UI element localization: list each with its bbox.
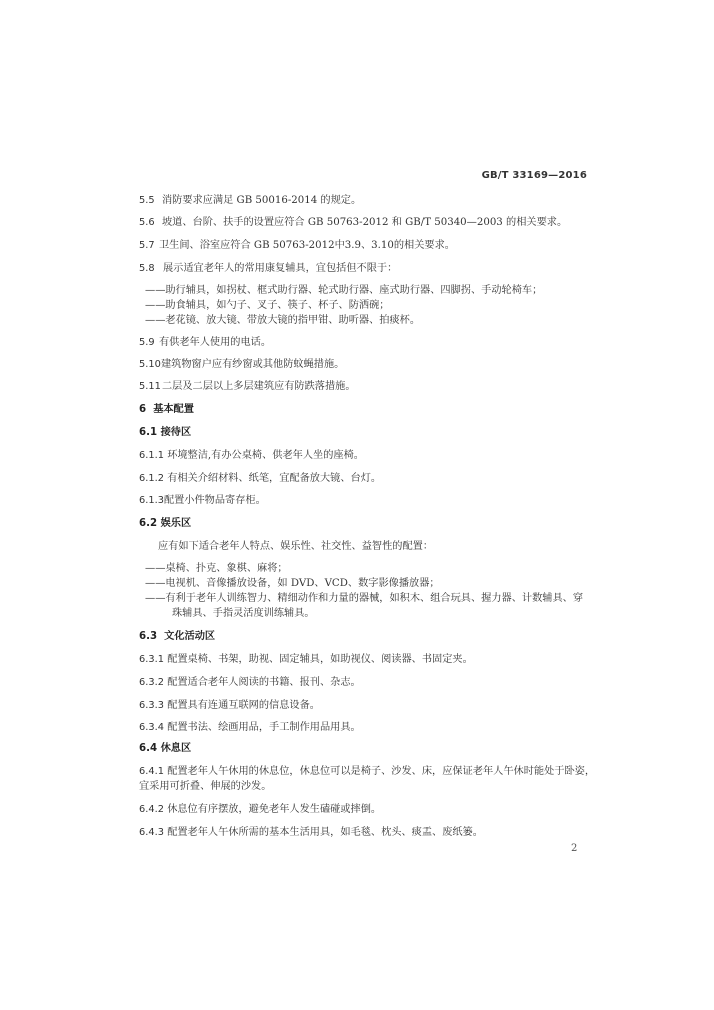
standard-code-header: GB/T 33169—2016 — [482, 170, 587, 181]
clause-6-1-1: 6.1.1 环境整洁,有办公桌椅、供老年人坐的座椅。 — [139, 449, 364, 463]
clause-6-4-1-continuation: 宜采用可折叠、伸展的沙发。 — [139, 780, 271, 794]
section-6-4-heading: 6.4 休息区 — [139, 742, 191, 756]
list-item: ——电视机、音像播放设备，如 DVD、VCD、数字影像播放器； — [145, 577, 440, 591]
section-6-2-intro: 应有如下适合老年人特点、娱乐性、社交性、益智性的配置： — [158, 540, 433, 554]
clause-6-4-3: 6.4.3 配置老年人午休所需的基本生活用具，如毛毯、枕头、痰盂、废纸篓。 — [139, 826, 483, 840]
page-number: 2 — [571, 843, 577, 854]
list-item: ——桌椅、扑克、象棋、麻将； — [145, 562, 288, 576]
list-item: ——助行辅具，如拐杖、框式助行器、轮式助行器、座式助行器、四脚拐、手动轮椅车； — [145, 284, 542, 298]
list-item-continuation: 珠辅具、手指灵活度训练辅具。 — [172, 607, 315, 621]
clause-6-4-2: 6.4.2 休息位有序摆放，避免老年人发生磕碰或摔倒。 — [139, 803, 381, 817]
clause-6-3-4: 6.3.4 配置书法、绘画用品，手工制作用品用具。 — [139, 721, 361, 735]
document-page: GB/T 33169—2016 5.5消防要求应满足 GB 50016-2014… — [0, 0, 714, 1010]
list-item: ——有利于老年人训练智力、精细动作和力量的器械，如积木、组合玩具、握力器、计数辅… — [145, 592, 583, 606]
section-6-3-heading: 6.3 文化活动区 — [139, 630, 215, 644]
clause-5-5: 5.5消防要求应满足 GB 50016-2014 的规定。 — [139, 194, 361, 208]
list-item: ——老花镜、放大镜、带放大镜的指甲钳、助听器、拍痰杯。 — [145, 314, 420, 328]
section-6-2-heading: 6.2 娱乐区 — [139, 517, 191, 531]
clause-5-10: 5.10建筑物窗户应有纱窗或其他防蚊蝇措施。 — [139, 358, 344, 372]
clause-5-6: 5.6坡道、台阶、扶手的设置应符合 GB 50763-2012 和 GB/T 5… — [139, 216, 567, 230]
list-item: ——助食辅具，如勺子、叉子、筷子、杯子、防洒碗； — [145, 299, 390, 313]
clause-5-11: 5.11二层及二层以上多层建筑应有防跌落措施。 — [139, 380, 356, 394]
clause-5-7: 5.7卫生间、浴室应符合 GB 50763-2012中3.9、3.10的相关要求… — [139, 239, 455, 253]
section-6-1-heading: 6.1 接待区 — [139, 426, 191, 440]
clause-6-3-1: 6.3.1 配置桌椅、书架，助视、固定辅具，如助视仪、阅读器、书固定夹。 — [139, 653, 473, 667]
clause-6-4-1: 6.4.1 配置老年人午休用的休息位，休息位可以是椅子、沙发、床，应保证老年人午… — [139, 765, 595, 779]
clause-6-3-3: 6.3.3 配置具有连通互联网的信息设备。 — [139, 699, 320, 713]
clause-6-1-2: 6.1.2 有相关介绍材料、纸笔，宜配备放大镜、台灯。 — [139, 472, 381, 486]
clause-6-1-3: 6.1.3配置小件物品寄存柜。 — [139, 494, 266, 508]
clause-6-3-2: 6.3.2 配置适合老年人阅读的书籍、报刊、杂志。 — [139, 676, 361, 690]
clause-5-9: 5.9有供老年人使用的电话。 — [139, 336, 271, 350]
section-6-heading: 6 基本配置 — [139, 403, 194, 417]
clause-5-8: 5.8展示适宜老年人的常用康复辅具，宜包括但不限于： — [139, 262, 397, 276]
